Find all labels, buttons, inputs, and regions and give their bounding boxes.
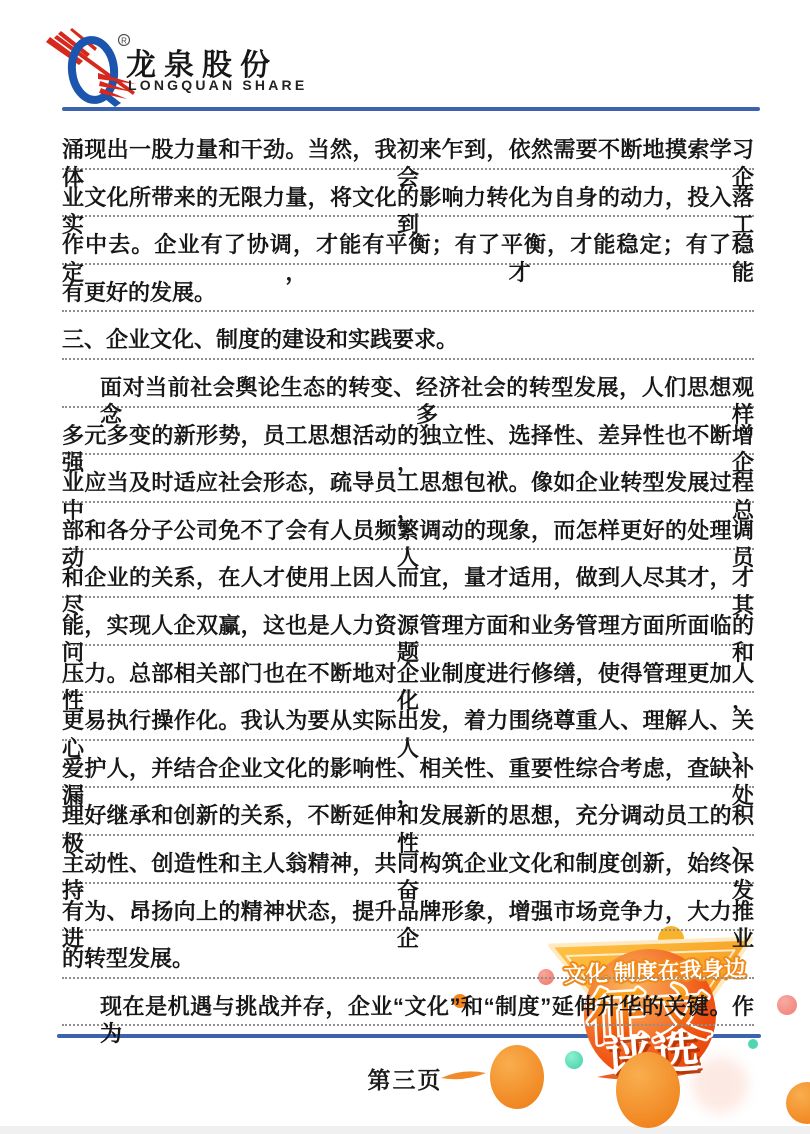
header-rule — [62, 107, 760, 111]
page-number-swoosh-icon — [441, 1068, 487, 1084]
document-page: R 龙泉股份 LONGQUAN SHARE 涌现出一股力量和干劲。当然，我初来乍… — [0, 0, 810, 1134]
essay-body: 涌现出一股力量和干劲。当然，我初来乍到，依然需要不断地摸索学习体会企业文化所带来… — [62, 122, 754, 1026]
text-line: 涌现出一股力量和干劲。当然，我初来乍到，依然需要不断地摸索学习体会企 — [62, 122, 754, 170]
text-line: 现在是机遇与挑战并存，企业“文化”和“制度”延伸升华的关键。作为 — [62, 979, 754, 1027]
page-number: 第三页 — [0, 1062, 810, 1095]
text-line: 三、企业文化、制度的建设和实践要求。 — [62, 312, 754, 360]
text-line: 面对当前社会舆论生态的转变、经济社会的转型发展，人们思想观念多样 — [62, 360, 754, 408]
teal-circle-decor — [748, 1039, 758, 1049]
company-name-en: LONGQUAN SHARE — [128, 77, 307, 93]
pink-circle-decor — [777, 995, 797, 1015]
page-bottom-edge — [0, 1126, 810, 1134]
